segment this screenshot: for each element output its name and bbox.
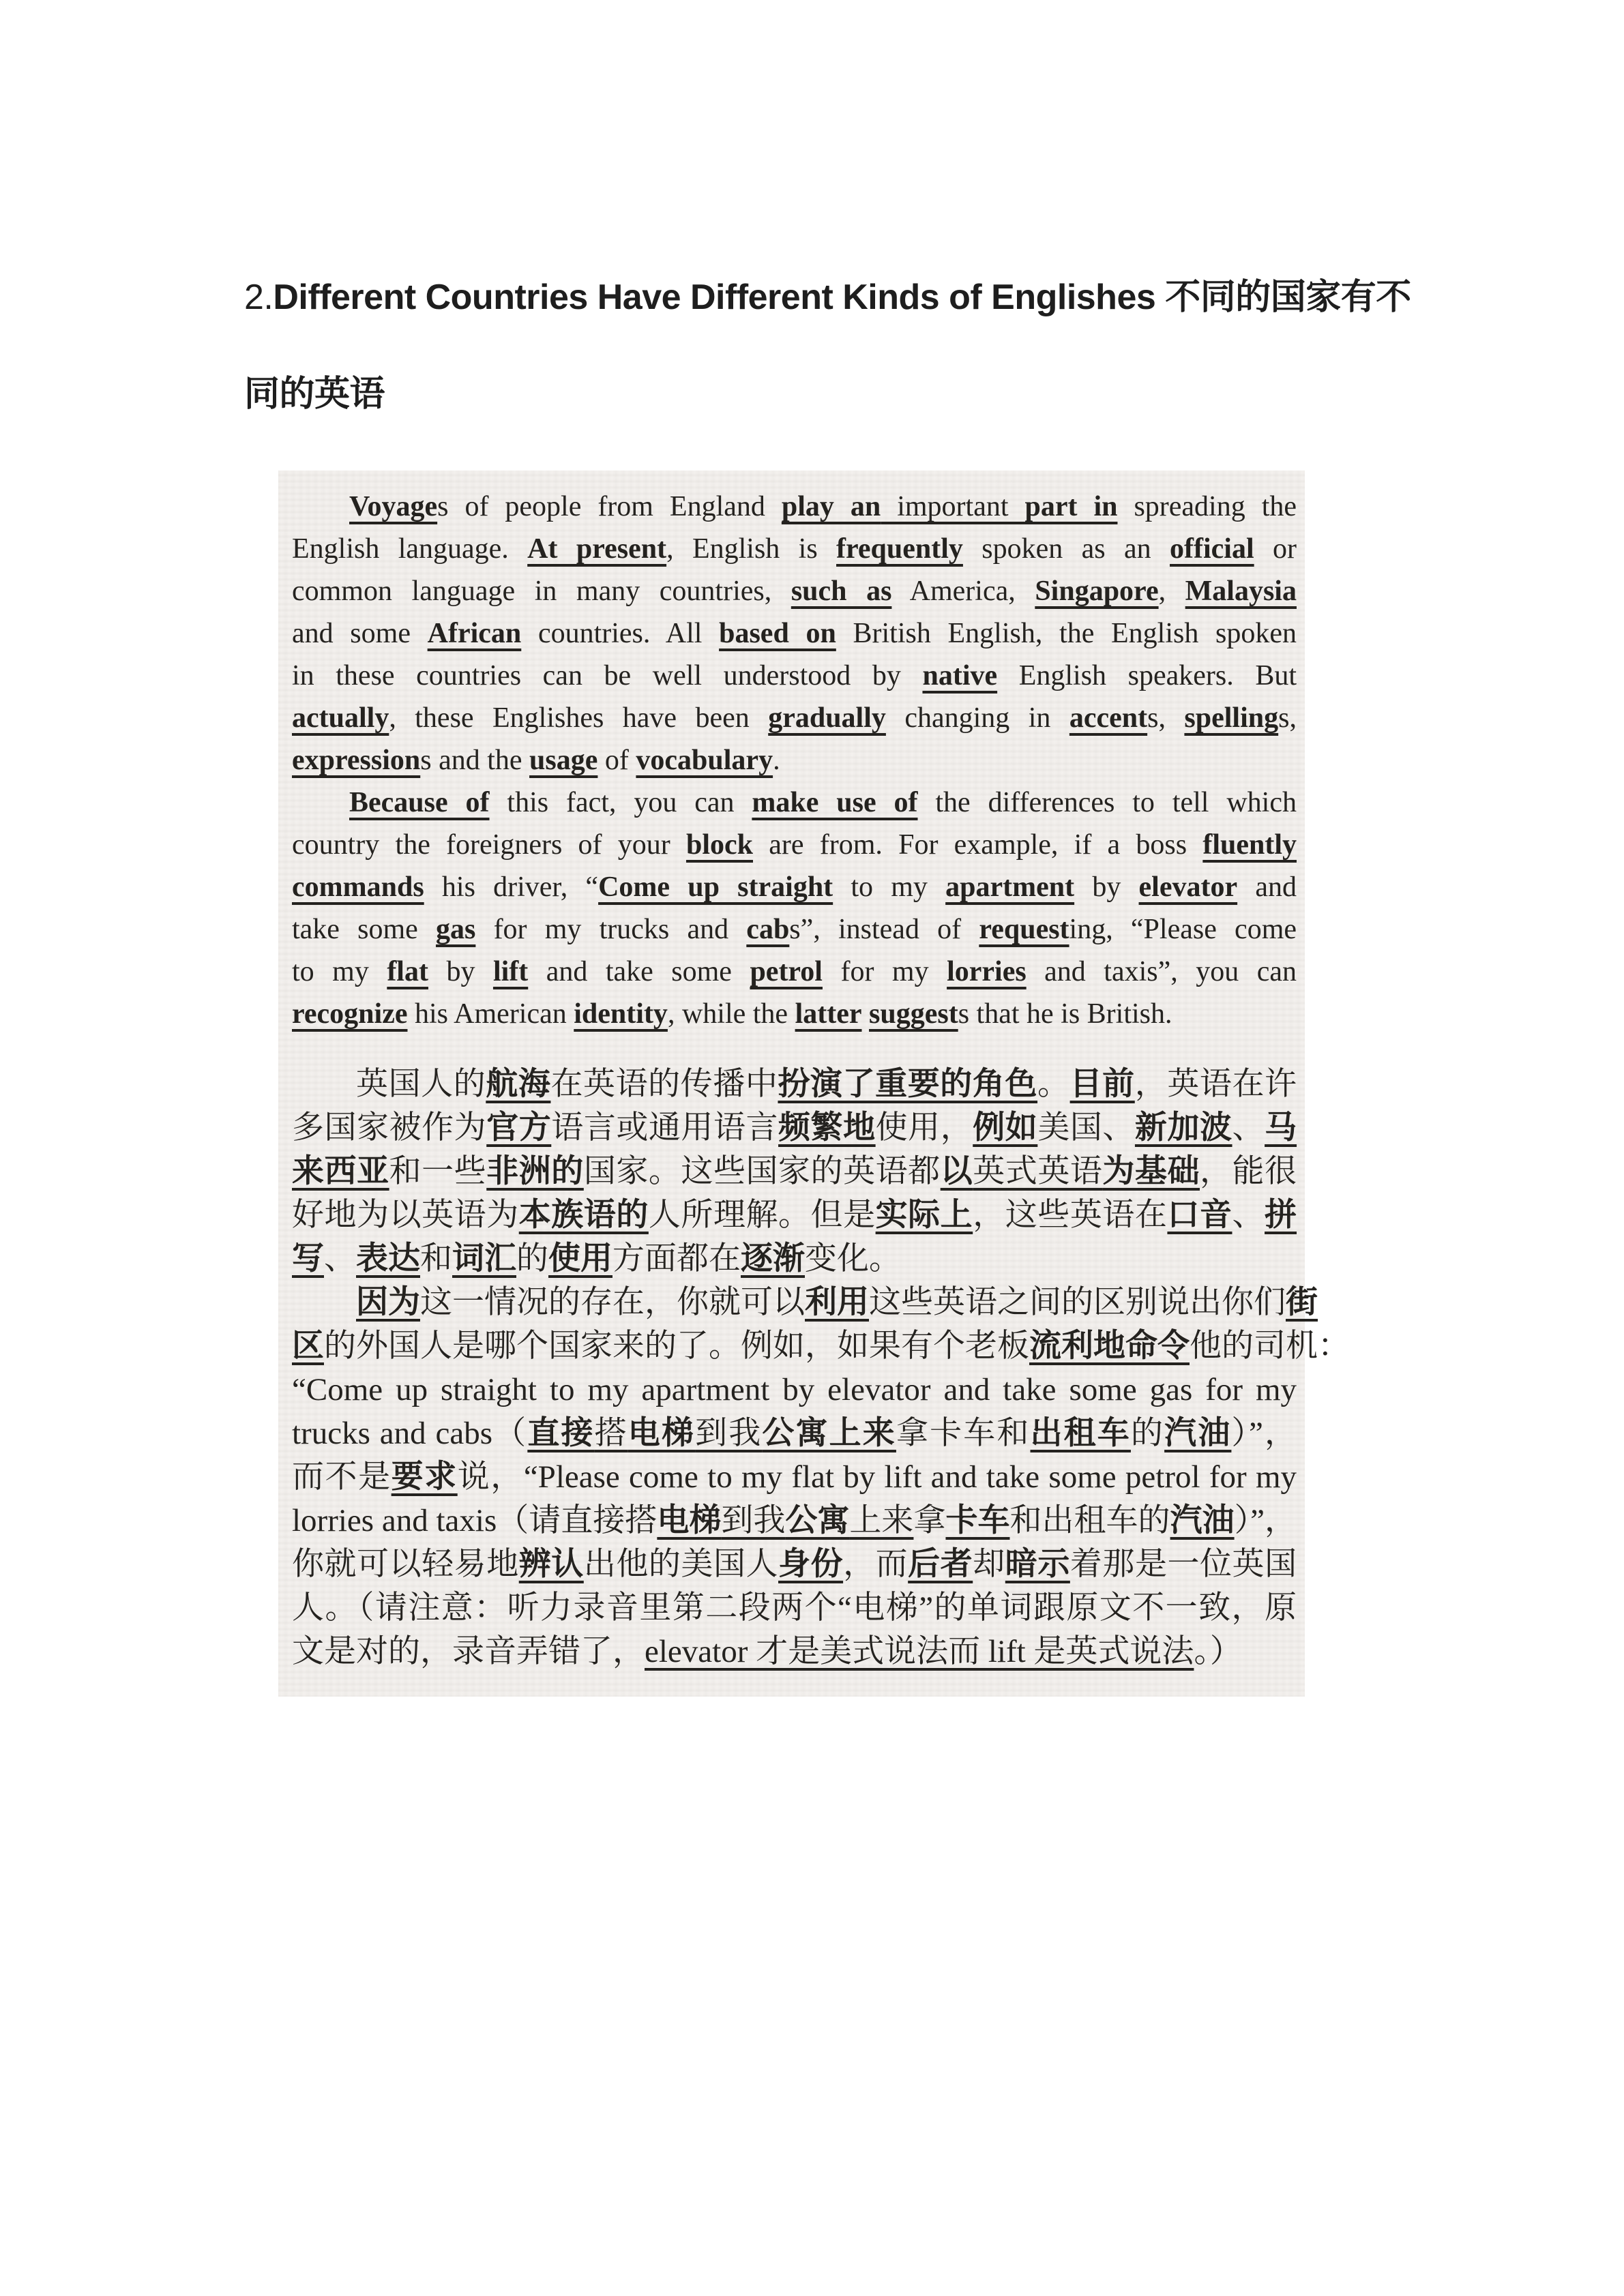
text-line: 而不是要求说，“Please come to my flat by lift a… (292, 1455, 1297, 1499)
plain-text: his driver, “ (424, 871, 598, 903)
emphasized-text: 流利地命令 (1029, 1328, 1190, 1364)
passage-paragraph-en: Voyages of people from England play an i… (292, 486, 1297, 781)
emphasized-text: native (922, 660, 997, 691)
plain-text: 的 (1131, 1416, 1164, 1451)
text-line: to my flat by lift and take some petrol … (292, 951, 1297, 993)
emphasized-text: 公寓上来 (762, 1416, 896, 1451)
plain-text (862, 998, 870, 1030)
emphasized-text: 来西亚 (292, 1154, 389, 1189)
emphasized-text: 本族语的 (519, 1197, 649, 1233)
plain-text: ，而 (843, 1547, 908, 1582)
plain-text: to my (833, 871, 945, 903)
emphasized-text: 暗示 (1005, 1547, 1070, 1582)
text-line: 来西亚和一些非洲的国家。这些国家的英语都以英式英语为基础，能很 (292, 1150, 1297, 1193)
plain-text: 英国人的 (356, 1067, 486, 1102)
scanned-passage: Voyages of people from England play an i… (278, 471, 1305, 1697)
emphasized-text: 新加波 (1135, 1110, 1232, 1146)
plain-text: 着那是一位英国 (1070, 1547, 1297, 1582)
emphasized-text: Because of (349, 787, 490, 818)
title-text-line2: 同的英语 (244, 375, 1404, 414)
plain-text: 出他的美国人 (584, 1547, 778, 1582)
emphasized-text: apartment (945, 871, 1074, 903)
plain-text: 美国、 (1037, 1110, 1135, 1146)
plain-text: 人所理解。但是 (649, 1197, 876, 1233)
text-line: take some gas for my trucks and cabs”, i… (292, 908, 1297, 951)
text-line: 因为这一情况的存在，你就可以利用这些英语之间的区别说出你们街 (292, 1281, 1297, 1324)
text-line: 区的外国人是哪个国家来的了。例如，如果有个老板流利地命令他的司机： (292, 1324, 1297, 1368)
emphasized-text: 写 (292, 1241, 324, 1277)
emphasized-text: spelling (1184, 702, 1278, 734)
plain-text: 在英语的传播中 (550, 1067, 778, 1102)
plain-text: English language. (292, 533, 527, 565)
plain-text: countries. All (521, 618, 719, 649)
text-line: Voyages of people from England play an i… (292, 486, 1297, 528)
emphasized-text: 汽油 (1170, 1503, 1235, 1538)
emphasized-text: 口音 (1167, 1197, 1232, 1233)
plain-text: ing, “Please come (1069, 914, 1297, 945)
text-line: “Come up straight to my apartment by ele… (292, 1368, 1297, 1412)
emphasized-text: 目前 (1070, 1067, 1135, 1102)
emphasized-text: 街 (1286, 1285, 1318, 1320)
emphasized-text: recognize (292, 998, 407, 1030)
emphasized-text: Come up straight (598, 871, 833, 903)
emphasized-text: 直接 (527, 1416, 594, 1451)
emphasized-text: actually (292, 702, 389, 734)
emphasized-text: commands (292, 871, 424, 903)
emphasized-text: Singapore (1035, 576, 1158, 607)
plain-text: , while the (668, 998, 795, 1030)
plain-text: and (1237, 871, 1297, 903)
emphasized-text: African (428, 618, 522, 649)
plain-text: to my (292, 956, 387, 987)
emphasized-text: 到我 (721, 1503, 785, 1538)
plain-text: 而不是 (292, 1459, 392, 1495)
plain-text: 使用， (876, 1110, 973, 1146)
text-line: expressions and the usage of vocabulary. (292, 739, 1297, 781)
plain-text: changing in (886, 702, 1069, 734)
plain-text: 和出租车的 (1010, 1503, 1170, 1538)
plain-text: 文是对的，录音弄错了， (292, 1634, 645, 1669)
emphasized-text: 利用 (805, 1285, 869, 1320)
plain-text: common language in many countries, (292, 576, 791, 607)
text-line: 写、表达和词汇的使用方面都在逐渐变化。 (292, 1237, 1297, 1281)
plain-text: “Come up straight to my apartment by ele… (292, 1372, 1297, 1407)
plain-text: s, (1278, 702, 1297, 734)
emphasized-text: cab (746, 914, 789, 945)
plain-text: and taxis”, you can (1027, 956, 1297, 987)
emphasized-text: 使用 (548, 1241, 612, 1277)
emphasized-text: 拼 (1265, 1197, 1297, 1233)
emphasized-text: 搭 (595, 1416, 628, 1451)
plain-text: for my (823, 956, 947, 987)
emphasized-text: gradually (768, 702, 886, 734)
plain-text: , these Englishes have been (389, 702, 768, 734)
plain-text: 、 (1232, 1197, 1265, 1233)
plain-text: for my trucks and (475, 914, 746, 945)
plain-text: 人。（请注意：听力录音里第二段两个“电梯”的单词跟原文不一致，原 (292, 1590, 1297, 1626)
plain-text: take some (292, 914, 436, 945)
plain-text: 却 (973, 1547, 1005, 1582)
text-line: recognize his American identity, while t… (292, 993, 1297, 1035)
emphasized-text: suggest (869, 998, 958, 1030)
emphasized-text: 区 (292, 1328, 324, 1364)
text-line: English language. At present, English is… (292, 528, 1297, 570)
emphasized-text: 上来 (849, 1503, 913, 1538)
emphasized-text: part in (1024, 491, 1117, 522)
plain-text: by (1074, 871, 1138, 903)
emphasized-text: accent (1069, 702, 1147, 734)
emphasized-text: 例如 (973, 1110, 1037, 1146)
passage-paragraph-zh: 英国人的航海在英语的传播中扮演了重要的角色。目前，英语在许多国家被作为官方语言或… (292, 1062, 1297, 1281)
emphasized-text: play an (782, 491, 881, 522)
emphasized-text: 表达 (356, 1241, 420, 1277)
emphasized-text: elevator 才是美式说法而 lift 是英式说法 (645, 1634, 1194, 1669)
plain-text: ，这些英语在 (973, 1197, 1167, 1233)
plain-text: ，英语在许 (1135, 1067, 1297, 1102)
plain-text: his American (407, 998, 574, 1030)
emphasized-text: 非洲的 (486, 1154, 584, 1189)
emphasized-text: request (979, 914, 1069, 945)
emphasized-text: 后者 (908, 1547, 973, 1582)
emphasized-text: lift (493, 956, 528, 987)
plain-text: are from. For example, if a boss (753, 829, 1202, 861)
plain-text: 的 (516, 1241, 548, 1277)
plain-text: spoken as an (963, 533, 1170, 565)
plain-text: British English, the English spoken (836, 618, 1297, 649)
emphasized-text: 实际上 (876, 1197, 973, 1233)
plain-text: ）”， (1235, 1503, 1297, 1538)
emphasized-text: vocabulary (636, 745, 773, 776)
emphasized-text: 航海 (486, 1067, 550, 1102)
plain-text: of (597, 745, 636, 776)
passage-paragraph-zh: 因为这一情况的存在，你就可以利用这些英语之间的区别说出你们街区的外国人是哪个国家… (292, 1281, 1297, 1673)
text-line: actually, these Englishes have been grad… (292, 697, 1297, 739)
plain-text: 他的司机： (1190, 1328, 1350, 1364)
title-text-line1: Different Countries Have Different Kinds… (273, 278, 1411, 317)
plain-text: ）”， (1231, 1416, 1297, 1451)
emphasized-text: usage (529, 745, 597, 776)
plain-text: s and the (420, 745, 529, 776)
emphasized-text: petrol (750, 956, 823, 987)
emphasized-text: 电梯 (657, 1503, 721, 1538)
emphasized-text: 身份 (778, 1547, 843, 1582)
plain-text: 这些英语之间的区别说出你们 (869, 1285, 1286, 1320)
emphasized-text: gas (436, 914, 475, 945)
emphasized-text: latter (795, 998, 862, 1030)
emphasized-text: 卡车 (945, 1503, 1009, 1538)
plain-text: 变化。 (805, 1241, 901, 1277)
text-line: 多国家被作为官方语言或通用语言频繁地使用，例如美国、新加波、马 (292, 1106, 1297, 1150)
plain-text: 这一情况的存在，你就可以 (420, 1285, 805, 1320)
plain-text: 拿 (913, 1503, 945, 1538)
text-line: in these countries can be well understoo… (292, 655, 1297, 697)
page-title: 2.Different Countries Have Different Kin… (244, 278, 1404, 414)
plain-text: ，能很 (1200, 1154, 1297, 1189)
plain-text: the differences to tell which (918, 787, 1297, 818)
plain-text: 说，“Please come to my flat by lift and ta… (458, 1459, 1297, 1495)
plain-text: and some (292, 618, 428, 649)
emphasized-text: fluently (1202, 829, 1297, 861)
emphasized-text: 扮演了重要的角色 (778, 1067, 1037, 1102)
emphasized-text: 马 (1265, 1110, 1297, 1146)
plain-text: 和一些 (389, 1154, 487, 1189)
plain-text: 国家。这些国家的英语都 (584, 1154, 941, 1189)
emphasized-text: make use of (752, 787, 917, 818)
emphasized-text: 到我 (695, 1416, 762, 1451)
text-line: 文是对的，录音弄错了，elevator 才是美式说法而 lift 是英式说法。） (292, 1630, 1297, 1673)
emphasized-text: lorries (947, 956, 1027, 987)
plain-text: s of people from England (437, 491, 782, 522)
emphasized-text: 以 (941, 1154, 973, 1189)
plain-text: 、 (1232, 1110, 1265, 1146)
passage-paragraph-en: Because of this fact, you can make use o… (292, 781, 1297, 1035)
plain-text: , (1159, 576, 1185, 607)
plain-text: this fact, you can (490, 787, 752, 818)
plain-text: 、 (324, 1241, 356, 1277)
plain-text: by (428, 956, 493, 987)
emphasized-text: based on (719, 618, 836, 649)
plain-text: 。） (1194, 1634, 1242, 1669)
text-line: common language in many countries, such … (292, 570, 1297, 612)
plain-text: and take some (528, 956, 750, 987)
text-line: and some African countries. All based on… (292, 612, 1297, 655)
text-line: 好地为以英语为本族语的人所理解。但是实际上，这些英语在口音、拼 (292, 1193, 1297, 1237)
plain-text: or (1254, 533, 1297, 565)
emphasized-text: flat (387, 956, 428, 987)
emphasized-text: identity (574, 998, 668, 1030)
emphasized-text: Voyage (349, 491, 437, 522)
emphasized-text: 频繁地 (778, 1110, 876, 1146)
emphasized-text: 为基础 (1102, 1154, 1200, 1189)
text-line: 人。（请注意：听力录音里第二段两个“电梯”的单词跟原文不一致，原 (292, 1586, 1297, 1630)
emphasized-text: 出租车 (1031, 1416, 1131, 1451)
emphasized-text: 辨认 (519, 1547, 584, 1582)
plain-text: country the foreigners of your (292, 829, 686, 861)
emphasized-text: 电梯 (628, 1416, 695, 1451)
plain-text: s that he is British. (958, 998, 1172, 1030)
plain-text: s, (1147, 702, 1184, 734)
emphasized-text: 逐渐 (741, 1241, 805, 1277)
plain-text: 的外国人是哪个国家来的了。例如，如果有个老板 (324, 1328, 1029, 1364)
text-line: Because of this fact, you can make use o… (292, 781, 1297, 824)
text-line: 你就可以轻易地辨认出他的美国人身份，而后者却暗示着那是一位英国 (292, 1542, 1297, 1586)
text-line: commands his driver, “Come up straight t… (292, 866, 1297, 908)
plain-text: 好地为以英语为 (292, 1197, 519, 1233)
plain-text: 方面都在 (612, 1241, 741, 1277)
plain-text: lorries and taxis（请直接搭 (292, 1503, 657, 1538)
emphasized-text: block (686, 829, 753, 861)
emphasized-text: elevator (1139, 871, 1238, 903)
emphasized-text: At present (527, 533, 666, 565)
title-number: 2. (244, 278, 273, 317)
emphasized-text: official (1170, 533, 1254, 565)
plain-text: trucks and cabs（ (292, 1416, 527, 1451)
plain-text: , English is (666, 533, 836, 565)
emphasized-text: Malaysia (1185, 576, 1297, 607)
emphasized-text: 英式英语 (973, 1154, 1102, 1189)
plain-text: 多国家被作为 (292, 1110, 486, 1146)
text-line: country the foreigners of your block are… (292, 824, 1297, 866)
emphasized-text: such as (791, 576, 892, 607)
plain-text: 拿卡车和 (896, 1416, 1031, 1451)
emphasized-text: 公寓 (785, 1503, 849, 1538)
plain-text: . (773, 745, 780, 776)
emphasized-text: 因为 (356, 1285, 420, 1320)
emphasized-text: 官方 (486, 1110, 551, 1146)
emphasized-text: frequently (836, 533, 963, 565)
plain-text: 。 (1037, 1067, 1070, 1102)
plain-text: America, (891, 576, 1035, 607)
text-line: lorries and taxis（请直接搭电梯到我公寓上来拿卡车和出租车的汽油… (292, 1499, 1297, 1542)
plain-text: spreading the (1117, 491, 1297, 522)
emphasized-text: 词汇 (452, 1241, 516, 1277)
emphasized-text: 汽油 (1164, 1416, 1231, 1451)
plain-text: English speakers. But (997, 660, 1297, 691)
text-line: 英国人的航海在英语的传播中扮演了重要的角色。目前，英语在许 (292, 1062, 1297, 1106)
plain-text: s”, instead of (789, 914, 979, 945)
emphasized-text: expression (292, 745, 420, 776)
text-line: trucks and cabs（直接搭电梯到我公寓上来拿卡车和出租车的汽油）”， (292, 1412, 1297, 1455)
plain-text: in these countries can be well understoo… (292, 660, 922, 691)
plain-text: 你就可以轻易地 (292, 1547, 519, 1582)
plain-text: 语言或通用语言 (551, 1110, 778, 1146)
plain-text: 和 (420, 1241, 452, 1277)
emphasized-text: 要求 (392, 1459, 458, 1495)
emphasized-text: important (881, 491, 1024, 522)
page-title-line1: 2.Different Countries Have Different Kin… (244, 278, 1404, 317)
